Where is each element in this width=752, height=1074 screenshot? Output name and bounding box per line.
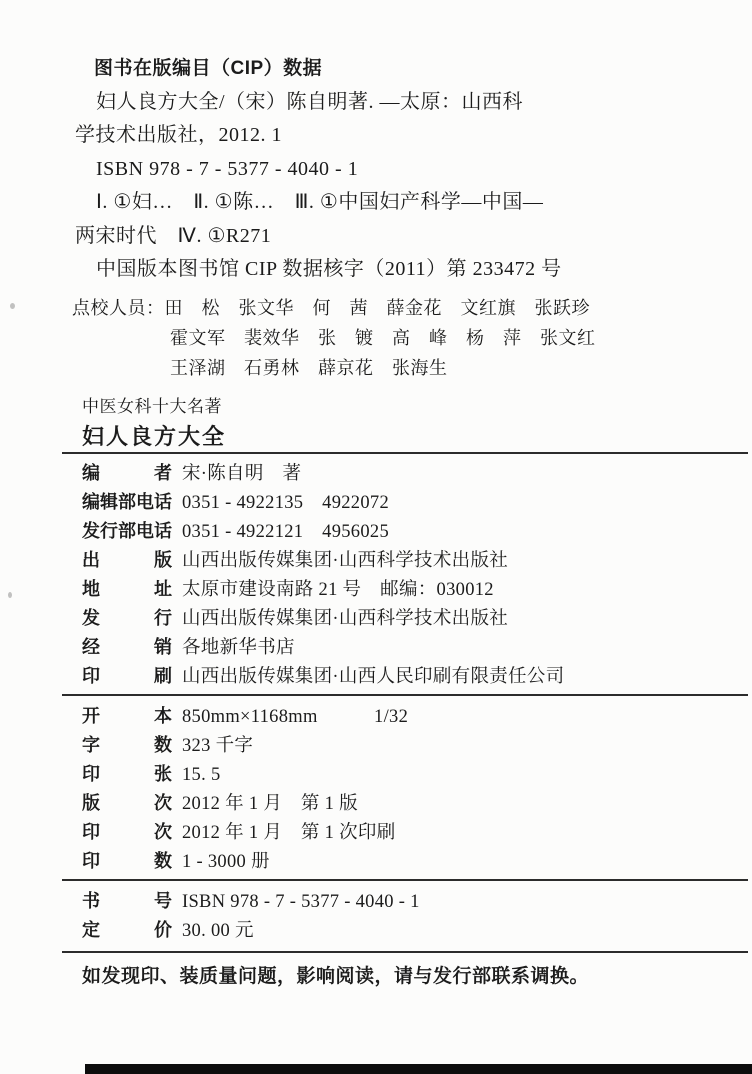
colophon-row-printer: 印刷山西出版传媒集团·山西人民印刷有限责任公司 — [82, 662, 732, 691]
colophon-row-isbn: 书号ISBN 978 - 7 - 5377 - 4040 - 1 — [82, 887, 732, 916]
row-label: 地址 — [82, 575, 172, 604]
row-value: 宋·陈自明 著 — [182, 464, 301, 484]
colophon-row-seller: 经销各地新华书店 — [82, 633, 732, 662]
row-label: 经销 — [82, 633, 172, 662]
row-value: 15. 5 — [182, 765, 221, 785]
row-value: 山西出版传媒集团·山西科学技术出版社 — [182, 609, 508, 629]
scan-edge-bar — [85, 1064, 752, 1074]
proofreaders-row-1: 点校人员：田 松 张文华 何 茜 薛金花 文红旗 张跃珍 — [72, 293, 712, 323]
cip-classification-line2: 两宋时代 Ⅳ. ①R271 — [75, 220, 722, 254]
cip-title-line: 妇人良方大全/（宋）陈自明著. —太原：山西科 — [96, 86, 722, 120]
row-value: 30. 00 元 — [182, 921, 254, 941]
cip-block: 图书在版编目（CIP）数据 妇人良方大全/（宋）陈自明著. —太原：山西科 学技… — [62, 52, 722, 287]
divider-rule — [62, 951, 748, 953]
proofreaders-row-2: 霍文军 裴效华 张 镀 高 峰 杨 萍 张文红 — [170, 323, 712, 353]
row-label: 发行 — [82, 604, 172, 633]
colophon-row-publisher: 出版山西出版传媒集团·山西科学技术出版社 — [82, 546, 732, 575]
cip-publisher-line: 学技术出版社，2012. 1 — [75, 119, 722, 153]
proofreaders-row-3: 王泽湖 石勇林 薜京花 张海生 — [170, 353, 712, 383]
row-value: 2012 年 1 月 第 1 版 — [182, 794, 358, 814]
cip-isbn: ISBN 978 - 7 - 5377 - 4040 - 1 — [96, 153, 722, 187]
cip-registry-number: 中国版本图书馆 CIP 数据核字（2011）第 233472 号 — [96, 253, 722, 287]
row-label: 发行部电话 — [82, 517, 172, 546]
row-value: 山西出版传媒集团·山西科学技术出版社 — [182, 551, 508, 571]
colophon-group-isbn-price: 书号ISBN 978 - 7 - 5377 - 4040 - 1 定价30. 0… — [82, 887, 732, 945]
row-value: 323 千字 — [182, 736, 253, 756]
row-label: 编者 — [82, 459, 172, 488]
proofreaders-block: 点校人员：田 松 张文华 何 茜 薛金花 文红旗 张跃珍 霍文军 裴效华 张 镀… — [72, 293, 712, 383]
cip-heading: 图书在版编目（CIP）数据 — [94, 52, 722, 86]
divider-rule — [62, 694, 748, 696]
proofreaders-label: 点校人员： — [72, 298, 165, 318]
row-label: 编辑部电话 — [82, 488, 172, 517]
colophon-row-impression: 印次2012 年 1 月 第 1 次印刷 — [82, 818, 732, 847]
row-value: ISBN 978 - 7 - 5377 - 4040 - 1 — [182, 892, 420, 912]
scanned-copyright-page: 图书在版编目（CIP）数据 妇人良方大全/（宋）陈自明著. —太原：山西科 学技… — [0, 0, 752, 1074]
scan-speck — [10, 303, 15, 309]
row-value: 各地新华书店 — [182, 638, 295, 658]
cip-classification-line1: Ⅰ. ①妇… Ⅱ. ①陈… Ⅲ. ①中国妇产科学—中国— — [96, 186, 722, 220]
series-name: 中医女科十大名著 — [82, 392, 222, 417]
row-value: 1 - 3000 册 — [182, 852, 270, 872]
row-label: 印次 — [82, 818, 172, 847]
row-value: 850mm×1168mm 1/32 — [182, 707, 408, 727]
colophon-group-publishing: 编者宋·陈自明 著 编辑部电话0351 - 4922135 4922072 发行… — [82, 459, 732, 691]
divider-rule — [62, 879, 748, 881]
row-value: 0351 - 4922135 4922072 — [182, 493, 389, 513]
row-label: 版次 — [82, 789, 172, 818]
proofreaders-names-1: 田 松 张文华 何 茜 薛金花 文红旗 张跃珍 — [165, 298, 591, 318]
row-label: 印数 — [82, 847, 172, 876]
row-label: 定价 — [82, 916, 172, 945]
row-value: 太原市建设南路 21 号 邮编：030012 — [182, 580, 494, 600]
scan-speck — [8, 592, 12, 598]
row-label: 印刷 — [82, 662, 172, 691]
colophon-row-price: 定价30. 00 元 — [82, 916, 732, 945]
title-divider-rule — [62, 452, 748, 454]
colophon-row-word-count: 字数323 千字 — [82, 731, 732, 760]
row-label: 印张 — [82, 760, 172, 789]
colophon-row-distribution-phone: 发行部电话0351 - 4922121 4956025 — [82, 517, 732, 546]
row-value: 山西出版传媒集团·山西人民印刷有限责任公司 — [182, 667, 564, 687]
colophon-row-sheets: 印张15. 5 — [82, 760, 732, 789]
colophon-row-author: 编者宋·陈自明 著 — [82, 459, 732, 488]
row-value: 0351 - 4922121 4956025 — [182, 522, 389, 542]
row-label: 书号 — [82, 887, 172, 916]
row-label: 字数 — [82, 731, 172, 760]
colophon-row-edition: 版次2012 年 1 月 第 1 版 — [82, 789, 732, 818]
book-title: 妇人良方大全 — [82, 420, 226, 451]
row-label: 出版 — [82, 546, 172, 575]
row-value: 2012 年 1 月 第 1 次印刷 — [182, 823, 396, 843]
colophon-row-distributor: 发行山西出版传媒集团·山西科学技术出版社 — [82, 604, 732, 633]
colophon-row-format: 开本850mm×1168mm 1/32 — [82, 702, 732, 731]
colophon-row-editorial-phone: 编辑部电话0351 - 4922135 4922072 — [82, 488, 732, 517]
quality-notice: 如发现印、装质量问题，影响阅读，请与发行部联系调换。 — [82, 961, 722, 988]
colophon-row-print-run: 印数1 - 3000 册 — [82, 847, 732, 876]
row-label: 开本 — [82, 702, 172, 731]
colophon-row-address: 地址太原市建设南路 21 号 邮编：030012 — [82, 575, 732, 604]
colophon-group-printing: 开本850mm×1168mm 1/32 字数323 千字 印张15. 5 版次2… — [82, 702, 732, 876]
